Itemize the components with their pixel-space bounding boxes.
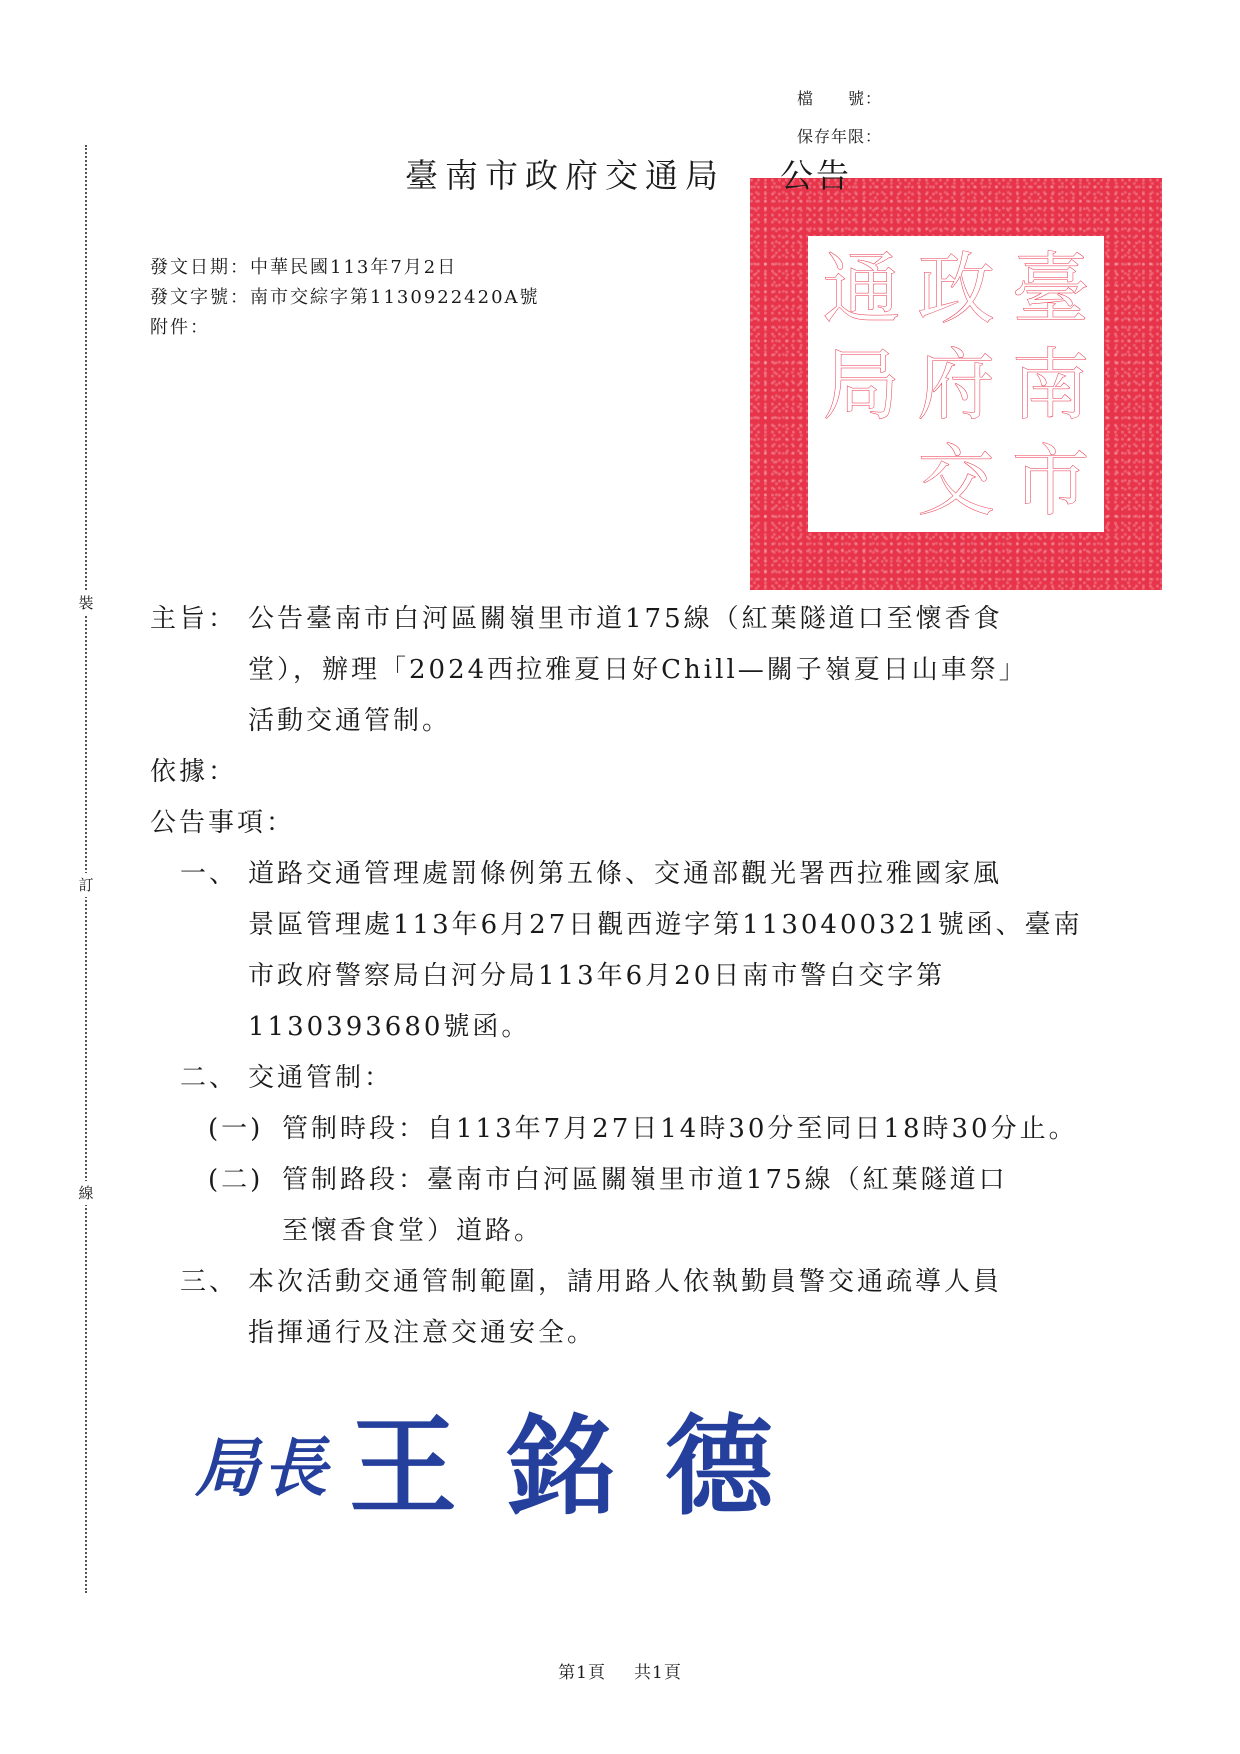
- binding-mark-bind: 裝: [76, 591, 96, 615]
- item-line: 本次活動交通管制範圍，請用路人依執勤員警交通疏導人員: [248, 1265, 1002, 1299]
- subject-line: 堂），辦理「2024西拉雅夏日好Chill—關子嶺夏日山車祭」: [248, 653, 1028, 687]
- seal-char: 通: [814, 242, 909, 338]
- issue-number: 發文字號：南市交綜字第1130922420A號: [150, 283, 540, 309]
- agency-title: 臺南市政府交通局: [405, 150, 725, 197]
- signature-name: 王銘德: [349, 1404, 823, 1530]
- seal-char: 府: [909, 338, 1004, 434]
- document-type: 公告: [780, 150, 852, 197]
- subject-line: 活動交通管制。: [248, 704, 451, 738]
- seal-char: 政: [909, 242, 1004, 338]
- signature-title: 局長: [195, 1431, 331, 1506]
- binding-mark-staple: 訂: [76, 873, 96, 897]
- retention-period-label: 保存年限：: [797, 124, 882, 147]
- seal-char: 市: [1003, 434, 1098, 530]
- subject-label: 主旨：: [150, 602, 237, 636]
- subject-line: 公告臺南市白河區關嶺里市道175線（紅葉隧道口至懷香食: [248, 602, 1003, 636]
- subitem-line: 管制時段：自113年7月27日14時30分至同日18時30分止。: [282, 1112, 1078, 1146]
- item-line: 指揮通行及注意交通安全。: [248, 1316, 596, 1350]
- announcement-label: 公告事項：: [150, 806, 295, 840]
- subitem-marker: (一): [208, 1112, 263, 1146]
- issue-number-value: 南市交綜字第1130922420A號: [250, 287, 540, 308]
- director-signature: 局長王銘德: [195, 1380, 823, 1535]
- page-footer: 第1頁共1頁: [0, 1658, 1240, 1683]
- page-number: 第1頁: [558, 1663, 606, 1683]
- issue-date: 發文日期：中華民國113年7月2日: [150, 253, 457, 279]
- seal-char: 交: [909, 434, 1004, 530]
- attachment-label: 附件：: [150, 313, 210, 339]
- item-marker: 二、: [180, 1061, 238, 1095]
- item-marker: 一、: [180, 857, 238, 891]
- seal-char: 南: [1003, 338, 1098, 434]
- issue-date-label: 發文日期：: [150, 257, 250, 278]
- item-line: 市政府警察局白河分局113年6月20日南市警白交字第: [248, 959, 945, 993]
- subitem-marker: (二): [208, 1163, 263, 1197]
- seal-char: 局: [814, 338, 909, 434]
- seal-inner-field: 臺 南 市 政 府 交 通 局: [808, 236, 1104, 532]
- item-marker: 三、: [180, 1265, 238, 1299]
- subitem-line: 管制路段：臺南市白河區關嶺里市道175線（紅葉隧道口: [282, 1163, 1008, 1197]
- seal-char: 臺: [1003, 242, 1098, 338]
- item-line: 交通管制：: [248, 1061, 393, 1095]
- binding-mark-line: 線: [76, 1181, 96, 1205]
- seal-char: [814, 434, 909, 530]
- issue-number-label: 發文字號：: [150, 287, 250, 308]
- page-total: 共1頁: [634, 1663, 682, 1683]
- official-seal-stamp: 臺 南 市 政 府 交 通 局: [750, 178, 1162, 590]
- subitem-line: 至懷香食堂）道路。: [282, 1214, 543, 1248]
- file-number-label: 檔 號：: [797, 86, 882, 109]
- item-line: 1130393680號函。: [248, 1010, 530, 1044]
- item-line: 景區管理處113年6月27日觀西遊字第1130400321號函、臺南: [248, 908, 1083, 942]
- item-line: 道路交通管理處罰條例第五條、交通部觀光署西拉雅國家風: [248, 857, 1002, 891]
- binding-dotted-line: [85, 145, 87, 1593]
- basis-label: 依據：: [150, 755, 237, 789]
- issue-date-value: 中華民國113年7月2日: [250, 257, 457, 278]
